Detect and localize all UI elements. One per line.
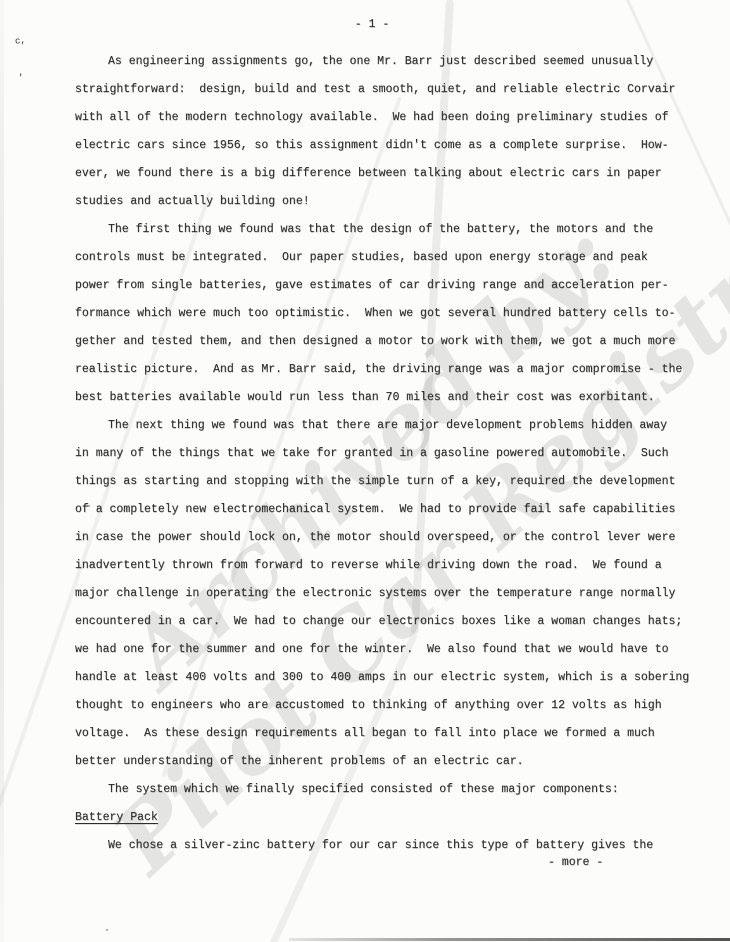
text-line: The system which we finally specified co… (75, 776, 689, 804)
scan-mark-2: ' (18, 73, 23, 83)
text-line: ever, we found there is a big difference… (75, 160, 689, 188)
text-line: handle at least 400 volts and 300 to 400… (75, 664, 689, 692)
text-line: encountered in a car. We had to change o… (75, 608, 689, 636)
text-line: straightforward: design, build and test … (75, 76, 689, 104)
text-line: As engineering assignments go, the one M… (75, 48, 689, 76)
page-number: - 1 - (0, 18, 730, 31)
text-line: gether and tested them, and then designe… (75, 328, 689, 356)
scan-dot-1 (88, 505, 90, 507)
text-line: electric cars since 1956, so this assign… (75, 132, 689, 160)
text-line: The first thing we found was that the de… (75, 216, 689, 244)
left-scan-edge (0, 0, 4, 942)
bottom-scan-edge (289, 938, 730, 941)
more-indicator: - more - (548, 856, 603, 869)
text-line: power from single batteries, gave estima… (75, 272, 689, 300)
section-heading: Battery Pack (75, 804, 689, 832)
text-line: we had one for the summer and one for th… (75, 636, 689, 664)
text-line: best batteries available would run less … (75, 384, 689, 412)
typed-lines: As engineering assignments go, the one M… (75, 48, 689, 860)
text-line: realistic picture. And as Mr. Barr said,… (75, 356, 689, 384)
scan-mark-1: c, (14, 35, 26, 46)
text-line: thought to engineers who are accustomed … (75, 692, 689, 720)
text-line: major challenge in operating the electro… (75, 580, 689, 608)
text-line: things as starting and stopping with the… (75, 468, 689, 496)
text-line: voltage. As these design requirements al… (75, 720, 689, 748)
text-line: better understanding of the inherent pro… (75, 748, 689, 776)
text-line: The next thing we found was that there a… (75, 412, 689, 440)
text-line: inadvertently thrown from forward to rev… (75, 552, 689, 580)
document-page: Archived by: Pilot Car Registry - 1 - As… (0, 0, 730, 942)
text-line: in many of the things that we take for g… (75, 440, 689, 468)
text-line: studies and actually building one! (75, 188, 689, 216)
text-line: formance which were much too optimistic.… (75, 300, 689, 328)
text-line: in case the power should lock on, the mo… (75, 524, 689, 552)
text-line: controls must be integrated. Our paper s… (75, 244, 689, 272)
scan-dot-2 (106, 929, 108, 931)
text-line: of a completely new electromechanical sy… (75, 496, 689, 524)
text-line: with all of the modern technology availa… (75, 104, 689, 132)
